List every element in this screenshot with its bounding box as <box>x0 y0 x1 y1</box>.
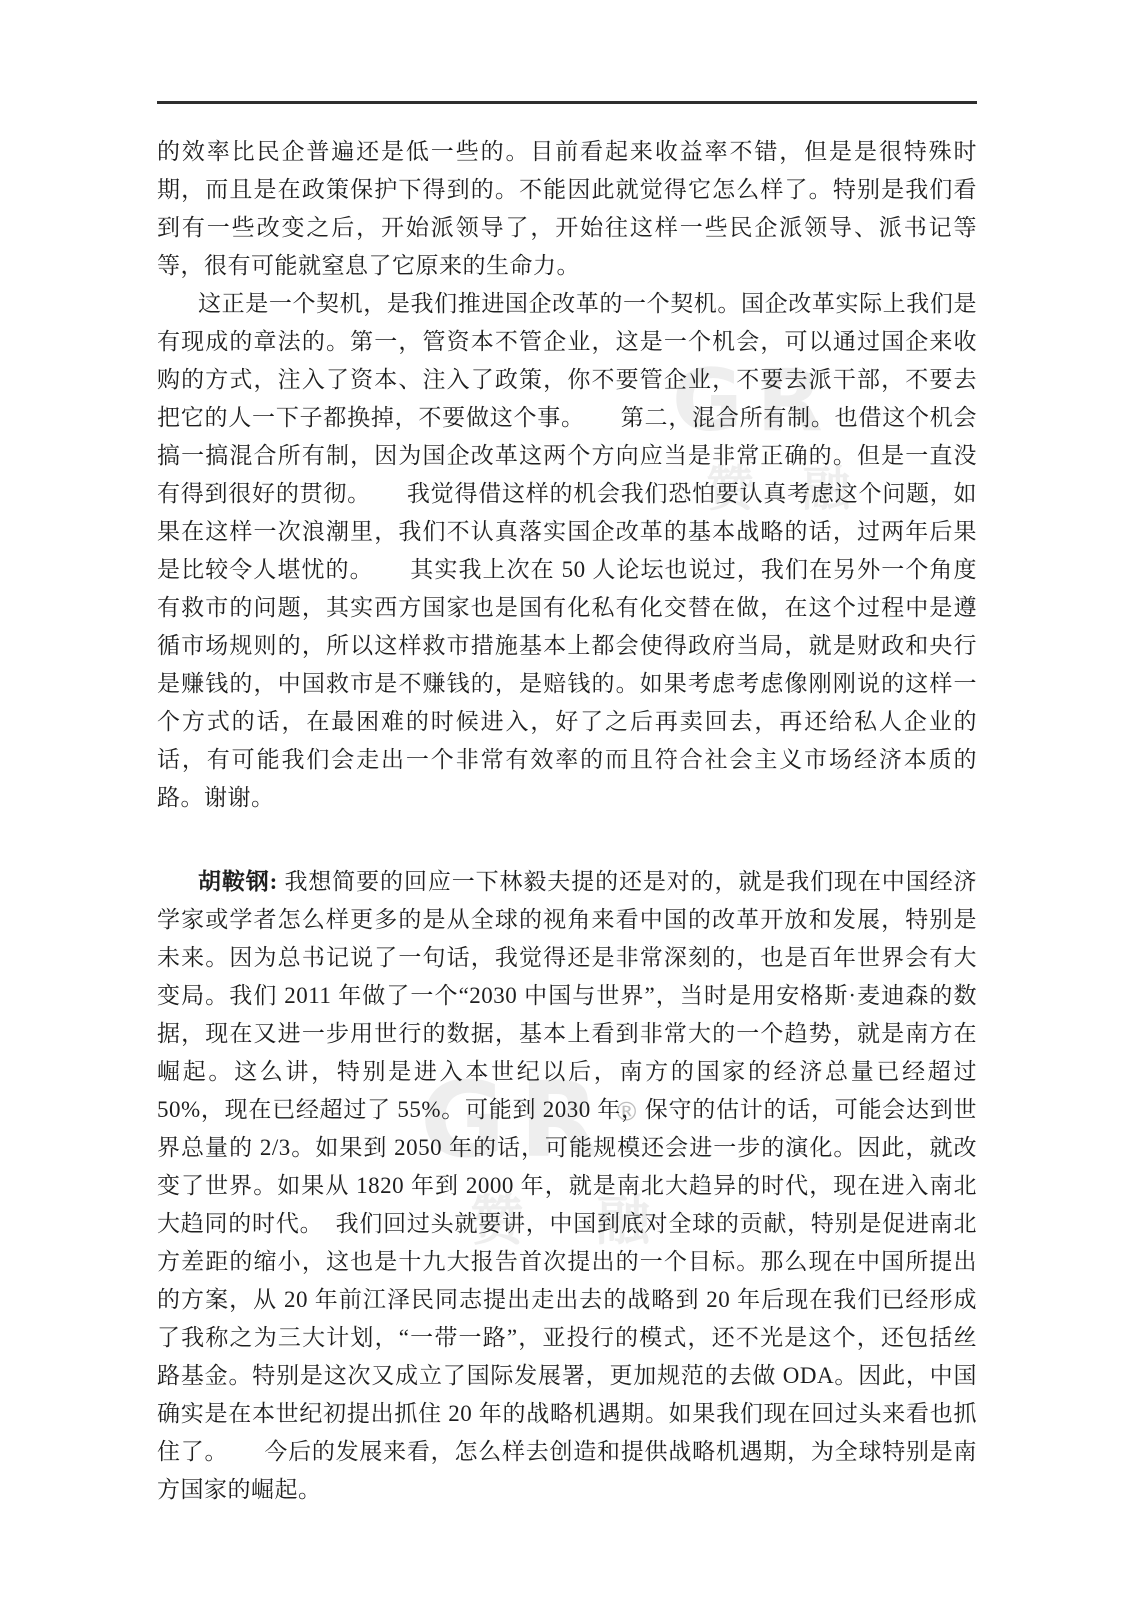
speaker-statement: 我想简要的回应一下林毅夫提的还是对的，就是我们现在中国经济学家或学者怎么样更多的… <box>157 869 977 1502</box>
speaker-name: 胡鞍钢: <box>198 869 284 894</box>
document-page: GR 赞融 GR® 赞融 的效率比民企普遍还是低一些的。目前看起来收益率不错，但… <box>0 0 1131 1600</box>
paragraph-speaker: 胡鞍钢: 我想简要的回应一下林毅夫提的还是对的，就是我们现在中国经济学家或学者怎… <box>157 863 977 1509</box>
paragraph-body: 这正是一个契机，是我们推进国企改革的一个契机。国企改革实际上我们是有现成的章法的… <box>157 285 977 817</box>
header-rule <box>157 101 977 104</box>
paragraph-continuation: 的效率比民企普遍还是低一些的。目前看起来收益率不错，但是是很特殊时期，而且是在政… <box>157 133 977 285</box>
page-content: 的效率比民企普遍还是低一些的。目前看起来收益率不错，但是是很特殊时期，而且是在政… <box>157 101 977 1509</box>
